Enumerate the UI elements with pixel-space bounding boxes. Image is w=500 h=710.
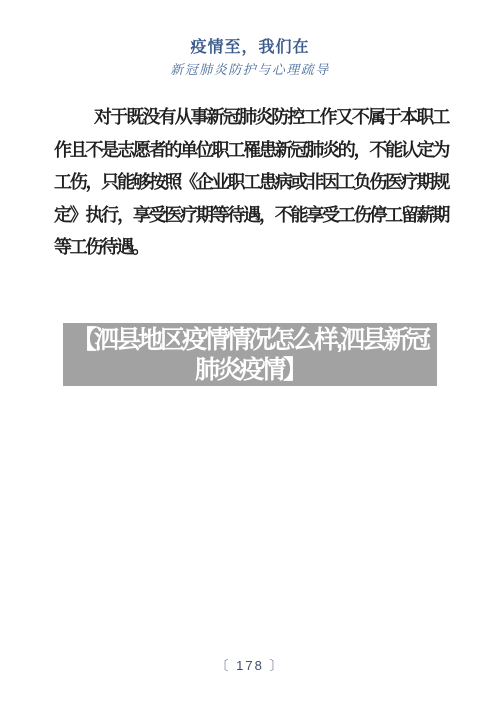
page-footer: 〔 178 〕: [0, 657, 500, 675]
header-title: 疫情至，我们在: [0, 38, 500, 58]
article-title-band: 【泗县地区疫情情况怎么样,泗县新冠肺炎疫情】: [63, 323, 437, 386]
page-header: 疫情至，我们在 新冠肺炎防护与心理疏导: [0, 38, 500, 78]
body-paragraph: 对于既没有从事新冠肺炎防控工作又不属于本职工作且不是志愿者的单位职工罹患新冠肺炎…: [54, 101, 448, 264]
article-title: 【泗县地区疫情情况怎么样,泗县新冠肺炎疫情】: [63, 325, 437, 385]
header-subtitle: 新冠肺炎防护与心理疏导: [0, 61, 500, 78]
document-page: 疫情至，我们在 新冠肺炎防护与心理疏导 对于既没有从事新冠肺炎防控工作又不属于本…: [0, 0, 500, 710]
page-number: 〔 178 〕: [216, 658, 285, 673]
